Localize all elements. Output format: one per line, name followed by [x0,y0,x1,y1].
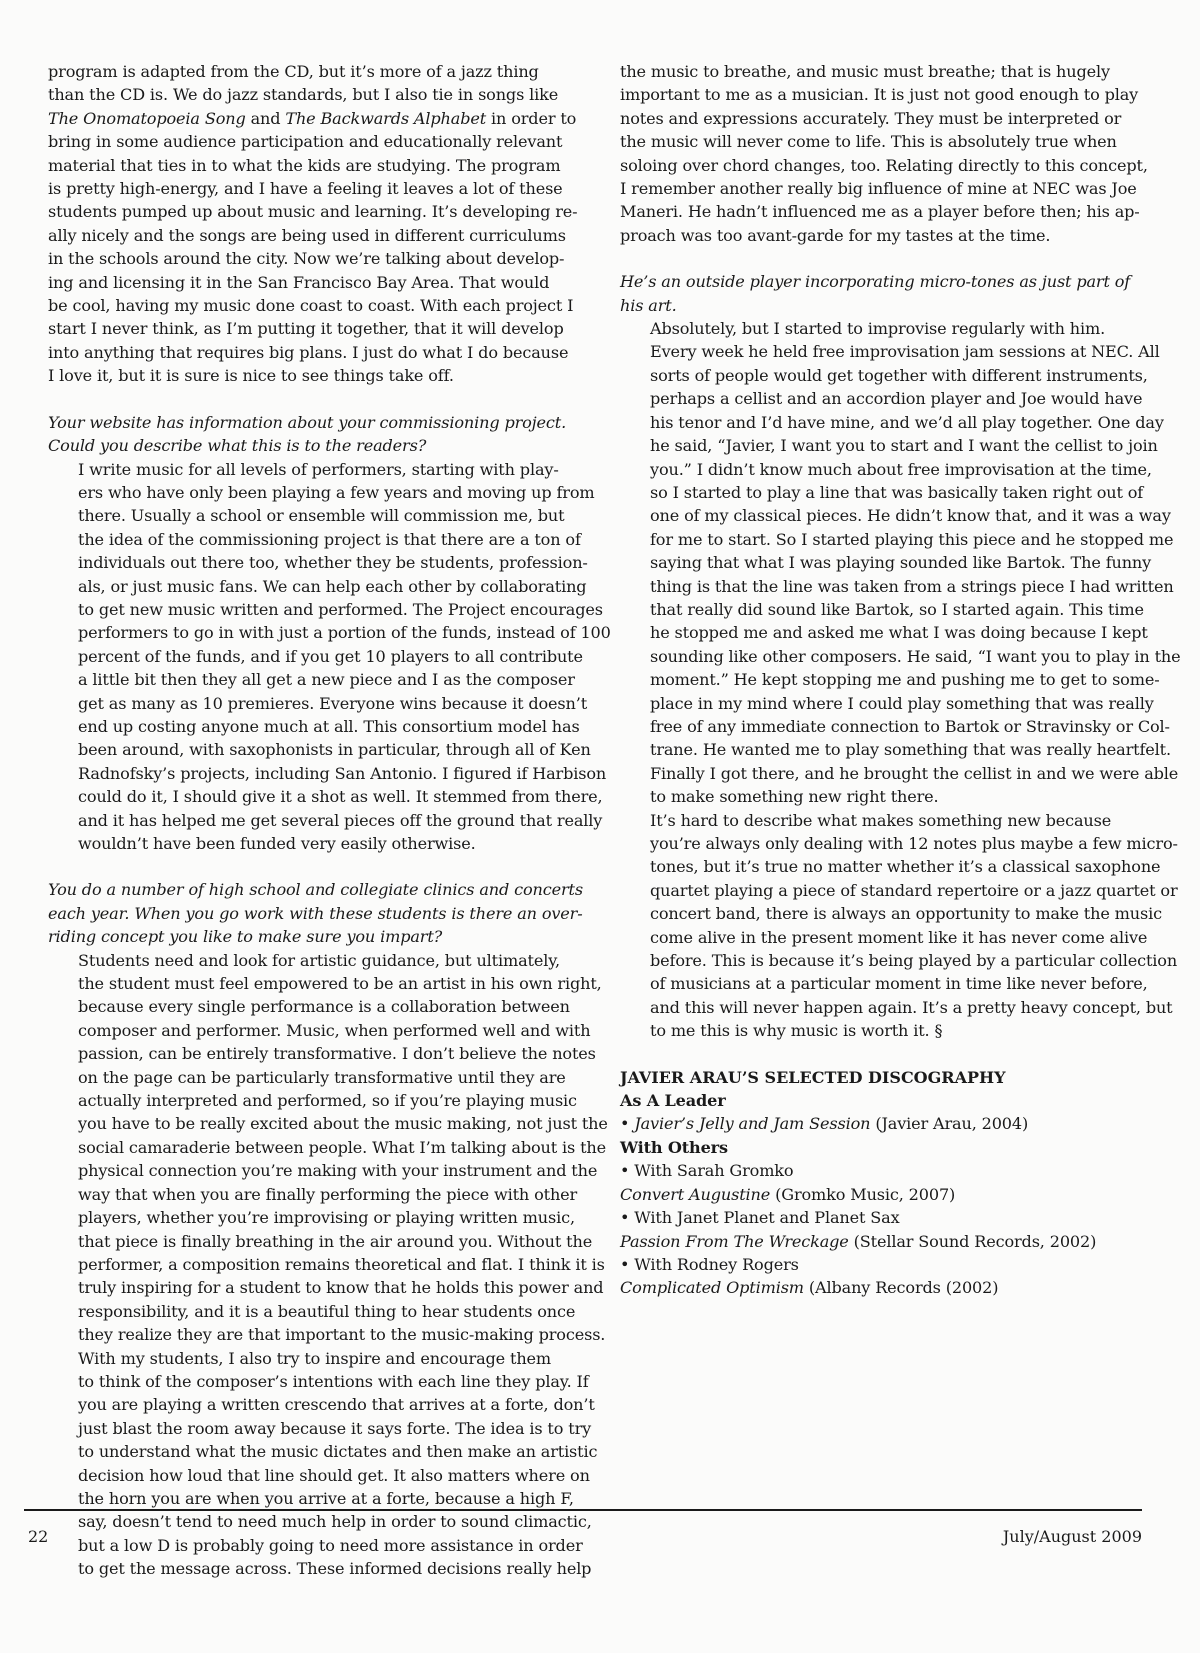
text-line: perhaps a cellist and an accordion playe… [620,387,1140,410]
text-line: Radnofsky’s projects, including San Anto… [48,762,578,785]
discography-title: JAVIER ARAU’S SELECTED DISCOGRAPHY [620,1066,1140,1089]
text-line: Absolutely, but I started to improvise r… [620,317,1140,340]
text-line: into anything that requires big plans. I… [48,341,578,364]
text-line: but a low D is probably going to need mo… [48,1534,578,1557]
text-line: they realize they are that important to … [48,1323,578,1346]
text-line: the music to breathe, and music must bre… [620,60,1140,83]
text-line: and this will never happen again. It’s a… [620,996,1140,1019]
text-line: He’s an outside player incorporating mic… [620,270,1140,293]
text-line: I write music for all levels of performe… [48,458,578,481]
text-line: Your website has information about your … [48,411,578,434]
magazine-page: program is adapted from the CD, but it’s… [0,0,1200,1653]
text-line: program is adapted from the CD, but it’s… [48,60,578,83]
text-line: riding concept you like to make sure you… [48,925,578,948]
text-line: The Onomatopoeia Song and The Backwards … [48,107,578,130]
discography-section: JAVIER ARAU’S SELECTED DISCOGRAPHY As A … [620,1066,1140,1300]
discography-item: Complicated Optimism (Albany Records (20… [620,1276,1140,1299]
album-title: Convert Augustine [620,1185,770,1204]
album-info: (Javier Arau, 2004) [870,1114,1028,1133]
text-line: come alive in the present moment like it… [620,926,1140,949]
text-line: saying that what I was playing sounded l… [620,551,1140,574]
right-column: the music to breathe, and music must bre… [620,60,1140,1300]
text-line: be cool, having my music done coast to c… [48,294,578,317]
text-line: to me this is why music is worth it. § [620,1019,1140,1042]
text-line: his art. [620,294,1140,317]
text-line: that piece is finally breathing in the a… [48,1230,578,1253]
text-line: students pumped up about music and learn… [48,200,578,223]
text-line: passion, can be entirely transformative.… [48,1042,578,1065]
text-line: end up costing anyone much at all. This … [48,715,578,738]
text-line: responsibility, and it is a beautiful th… [48,1300,578,1323]
text-line: he said, “Javier, I want you to start an… [620,434,1140,457]
text-line: important to me as a musician. It is jus… [620,83,1140,106]
text-line: to think of the composer’s intentions wi… [48,1370,578,1393]
text-line: players, whether you’re improvising or p… [48,1206,578,1229]
interview-question: Your website has information about your … [48,411,578,458]
text-line: the student must feel empowered to be an… [48,972,578,995]
text-line: social camaraderie between people. What … [48,1136,578,1159]
text-line: and it has helped me get several pieces … [48,809,578,832]
text-line: place in my mind where I could play some… [620,692,1140,715]
text-line: Finally I got there, and he brought the … [620,762,1140,785]
text-line: ing and licensing it in the San Francisc… [48,271,578,294]
text-line: performer, a composition remains theoret… [48,1253,578,1276]
text-line: free of any immediate connection to Bart… [620,715,1140,738]
interview-answer: With my students, I also try to inspire … [48,1347,578,1581]
text-line: actually interpreted and performed, so i… [48,1089,578,1112]
paragraph-continued: the music to breathe, and music must bre… [620,60,1140,247]
text-line: to understand what the music dictates an… [48,1440,578,1463]
text-line: each year. When you go work with these s… [48,902,578,925]
text-line: quartet playing a piece of standard repe… [620,879,1140,902]
issue-date: July/August 2009 [1003,1527,1142,1546]
text-line: the horn you are when you arrive at a fo… [48,1487,578,1510]
text-line: been around, with saxophonists in partic… [48,738,578,761]
text-line: is pretty high-energy, and I have a feel… [48,177,578,200]
text-line: could do it, I should give it a shot as … [48,785,578,808]
left-column: program is adapted from the CD, but it’s… [48,60,578,1581]
text-line: trane. He wanted me to play something th… [620,738,1140,761]
discography-item: • Javier’s Jelly and Jam Session (Javier… [620,1112,1140,1135]
text-line: to get new music written and performed. … [48,598,578,621]
text-line: decision how loud that line should get. … [48,1464,578,1487]
text-line: for me to start. So I started playing th… [620,528,1140,551]
collaborator-name: • With Janet Planet and Planet Sax [620,1206,1140,1229]
text-line: you have to be really excited about the … [48,1112,578,1135]
album-info: (Albany Records (2002) [804,1278,998,1297]
text-line: bring in some audience participation and… [48,130,578,153]
text-line: sounding like other composers. He said, … [620,645,1140,668]
text-line: way that when you are finally performing… [48,1183,578,1206]
interview-answer: It’s hard to describe what makes somethi… [620,809,1140,1043]
text-line: sorts of people would get together with … [620,364,1140,387]
interview-question: He’s an outside player incorporating mic… [620,270,1140,317]
album-info: (Stellar Sound Records, 2002) [849,1232,1097,1251]
text-line: ers who have only been playing a few yea… [48,481,578,504]
album-info: (Gromko Music, 2007) [770,1185,955,1204]
interview-answer: Absolutely, but I started to improvise r… [620,317,1140,809]
text-line: you.” I didn’t know much about free impr… [620,458,1140,481]
text-line: thing is that the line was taken from a … [620,575,1140,598]
text-line: start I never think, as I’m putting it t… [48,317,578,340]
album-title: Passion From The Wreckage [620,1232,849,1251]
text-line: the idea of the commissioning project is… [48,528,578,551]
text-line: wouldn’t have been funded very easily ot… [48,832,578,855]
text-line: individuals out there too, whether they … [48,551,578,574]
album-title: Complicated Optimism [620,1278,804,1297]
text-line: because every single performance is a co… [48,995,578,1018]
text-line: ally nicely and the songs are being used… [48,224,578,247]
text-line: It’s hard to describe what makes somethi… [620,809,1140,832]
text-line: the music will never come to life. This … [620,130,1140,153]
text-line: in the schools around the city. Now we’r… [48,247,578,270]
text-line: proach was too avant-garde for my tastes… [620,224,1140,247]
text-line: you’re always only dealing with 12 notes… [620,832,1140,855]
text-line: Could you describe what this is to the r… [48,434,578,457]
text-line: performers to go in with just a portion … [48,621,578,644]
text-line: With my students, I also try to inspire … [48,1347,578,1370]
text-line: Maneri. He hadn’t influenced me as a pla… [620,200,1140,223]
interview-question: You do a number of high school and colle… [48,878,578,948]
text-line: of musicians at a particular moment in t… [620,972,1140,995]
text-line: he stopped me and asked me what I was do… [620,621,1140,644]
text-line: soloing over chord changes, too. Relatin… [620,154,1140,177]
text-line: I love it, but it is sure is nice to see… [48,364,578,387]
text-line: als, or just music fans. We can help eac… [48,575,578,598]
text-line: material that ties in to what the kids a… [48,154,578,177]
text-line: notes and expressions accurately. They m… [620,107,1140,130]
footer-divider [24,1509,1142,1511]
text-line: percent of the funds, and if you get 10 … [48,645,578,668]
text-line: to get the message across. These informe… [48,1557,578,1580]
album-title: Javier’s Jelly and Jam Session [634,1114,870,1133]
text-line: that really did sound like Bartok, so I … [620,598,1140,621]
as-leader-heading: As A Leader [620,1089,1140,1112]
discography-item: Convert Augustine (Gromko Music, 2007) [620,1183,1140,1206]
discography-item: Passion From The Wreckage (Stellar Sound… [620,1230,1140,1253]
text-line: so I started to play a line that was bas… [620,481,1140,504]
text-line: one of my classical pieces. He didn’t kn… [620,504,1140,527]
text-line: just blast the room away because it says… [48,1417,578,1440]
text-line: there. Usually a school or ensemble will… [48,504,578,527]
text-line: You do a number of high school and colle… [48,878,578,901]
with-others-heading: With Others [620,1136,1140,1159]
text-line: a little bit then they all get a new pie… [48,668,578,691]
text-line: Students need and look for artistic guid… [48,949,578,972]
text-line: to make something new right there. [620,785,1140,808]
text-line: physical connection you’re making with y… [48,1159,578,1182]
text-line: concert band, there is always an opportu… [620,902,1140,925]
page-number: 22 [28,1527,48,1546]
interview-answer: Students need and look for artistic guid… [48,949,578,1347]
interview-answer: I write music for all levels of performe… [48,458,578,856]
text-line: I remember another really big influence … [620,177,1140,200]
bullet: • [620,1114,634,1133]
text-line: than the CD is. We do jazz standards, bu… [48,83,578,106]
text-line: truly inspiring for a student to know th… [48,1276,578,1299]
paragraph-continued: program is adapted from the CD, but it’s… [48,60,578,388]
collaborator-name: • With Rodney Rogers [620,1253,1140,1276]
text-line: on the page can be particularly transfor… [48,1066,578,1089]
text-line: moment.” He kept stopping me and pushing… [620,668,1140,691]
text-line: Every week he held free improvisation ja… [620,340,1140,363]
text-line: tones, but it’s true no matter whether i… [620,855,1140,878]
text-line: before. This is because it’s being playe… [620,949,1140,972]
text-line: get as many as 10 premieres. Everyone wi… [48,692,578,715]
text-line: you are playing a written crescendo that… [48,1393,578,1416]
text-line: say, doesn’t tend to need much help in o… [48,1510,578,1533]
text-line: composer and performer. Music, when perf… [48,1019,578,1042]
text-line: his tenor and I’d have mine, and we’d al… [620,411,1140,434]
collaborator-name: • With Sarah Gromko [620,1159,1140,1182]
